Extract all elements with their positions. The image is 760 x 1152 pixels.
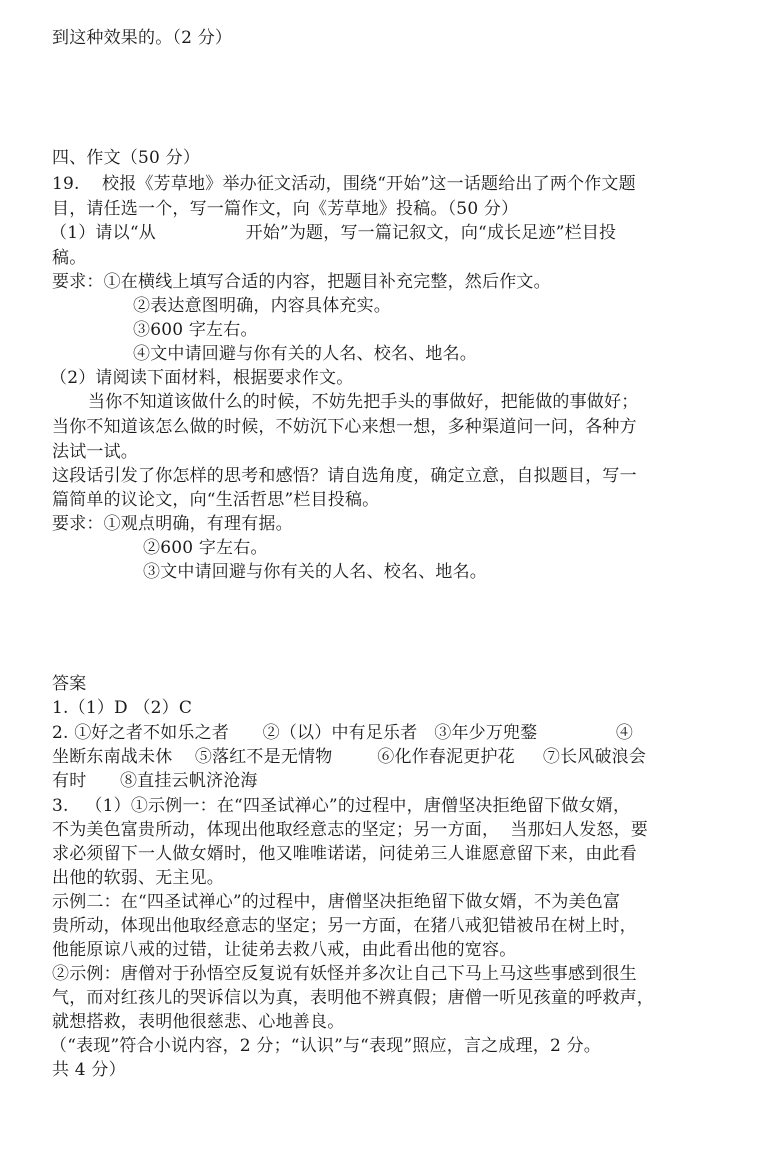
option-2-prompt-line-1: 这段话引发了你怎样的思考和感悟？请自选角度，确定立意，自拟题目，写一 — [52, 464, 637, 488]
answer-3-line-3: 求必须留下一人做女婿时，他又唯唯诺诺，问徒弟三人谁愿意留下来，由此看 — [52, 842, 637, 866]
option-2-requirement-1: 要求：①观点明确，有理有据。 — [52, 512, 293, 536]
answer-2-line-1: 2. ①好之者不如乐之者 ②（以）中有足乐者 ③年少万兜鍪 ④ — [52, 721, 633, 745]
answers-heading: 答案 — [52, 672, 86, 696]
question-19-line-1: 19. 校报《芳草地》举办征文活动，围绕“开始”这一话题给出了两个作文题 — [52, 172, 636, 196]
answer-2-line-2: 坐断东南战未休 ⑤落红不是无情物 ⑥化作春泥更护花 ⑦长风破浪会 — [52, 745, 646, 769]
option-2-requirement-2: ②600 字左右。 — [143, 536, 268, 560]
answer-3-line-6: 贵所动，体现出他取经意志的坚定；另一方面，在猪八戒犯错被吊在树上时， — [52, 914, 637, 938]
option-2-material-line-1: 当你不知道该做什么的时候，不妨先把手头的事做好，把能做的事做好； — [88, 390, 638, 414]
option-2-prompt-line-2: 篇简单的议论文，向“生活哲思”栏目投稿。 — [52, 488, 379, 512]
answer-3-line-1: 3. （1）①示例一：在“四圣试禅心”的过程中，唐僧坚决拒绝留下做女婿， — [52, 794, 630, 818]
option-1-requirement-3: ③600 字左右。 — [133, 318, 258, 342]
answer-3-line-8: ②示例：唐僧对于孙悟空反复说有妖怪并多次让自己下马上马这些事感到很生 — [52, 962, 637, 986]
option-2-material-line-2: 当你不知道该怎么做的时候，不妨沉下心来想一想，多种渠道问一问，各种方 — [52, 415, 637, 439]
document-page: 到这种效果的。（2 分） 四、作文（50 分） 19. 校报《芳草地》举办征文活… — [0, 0, 760, 1152]
answer-3-line-2: 不为美色富贵所动，体现出他取经意志的坚定；另一方面， 当那妇人发怒，要 — [52, 818, 648, 842]
answer-3-line-10: 就想搭救，表明他很慈悲、心地善良。 — [52, 1010, 344, 1034]
answer-3-line-7: 他能原谅八戒的过错，让徒弟去救八戒，由此看出他的宽容。 — [52, 938, 516, 962]
option-1-requirement-2: ②表达意图明确，内容具体充实。 — [133, 294, 391, 318]
answer-3-line-5: 示例二：在“四圣试禅心”的过程中，唐僧坚决拒绝留下做女婿，不为美色富 — [52, 890, 620, 914]
option-2-requirement-3: ③文中请回避与你有关的人名、校名、地名。 — [143, 560, 487, 584]
answer-3-line-12: 共 4 分） — [52, 1058, 126, 1082]
answer-3-line-4: 出他的软弱、无主见。 — [52, 866, 224, 890]
answer-1: 1.（1）D （2）C — [52, 696, 192, 720]
option-1-requirement-4: ④文中请回避与你有关的人名、校名、地名。 — [133, 342, 477, 366]
answer-3-line-9: 气，而对红孩儿的哭诉信以为真，表明他不辨真假；唐僧一听见孩童的呼救声， — [52, 986, 654, 1010]
option-2-intro: （2）请阅读下面材料，根据要求作文。 — [50, 366, 353, 390]
option-1-requirement-1: 要求：①在横线上填写合适的内容，把题目补充完整，然后作文。 — [52, 270, 551, 294]
section-heading-composition: 四、作文（50 分） — [52, 146, 200, 170]
carryover-line: 到这种效果的。（2 分） — [52, 26, 232, 50]
answer-2-line-3: 有时 ⑧直挂云帆济沧海 — [52, 769, 258, 793]
option-1-line-2: 稿。 — [52, 246, 86, 270]
option-2-material-line-3: 法试一试。 — [52, 440, 138, 464]
option-1-line-1: （1）请以“从 开始”为题，写一篇记叙文，向“成长足迹”栏目投 — [50, 221, 616, 245]
answer-3-line-11: （“表现”符合小说内容，2 分；“认识”与“表现”照应，言之成理，2 分。 — [50, 1034, 601, 1058]
question-19-line-2: 目，请任选一个，写一篇作文，向《芳草地》投稿。（50 分） — [52, 197, 518, 221]
